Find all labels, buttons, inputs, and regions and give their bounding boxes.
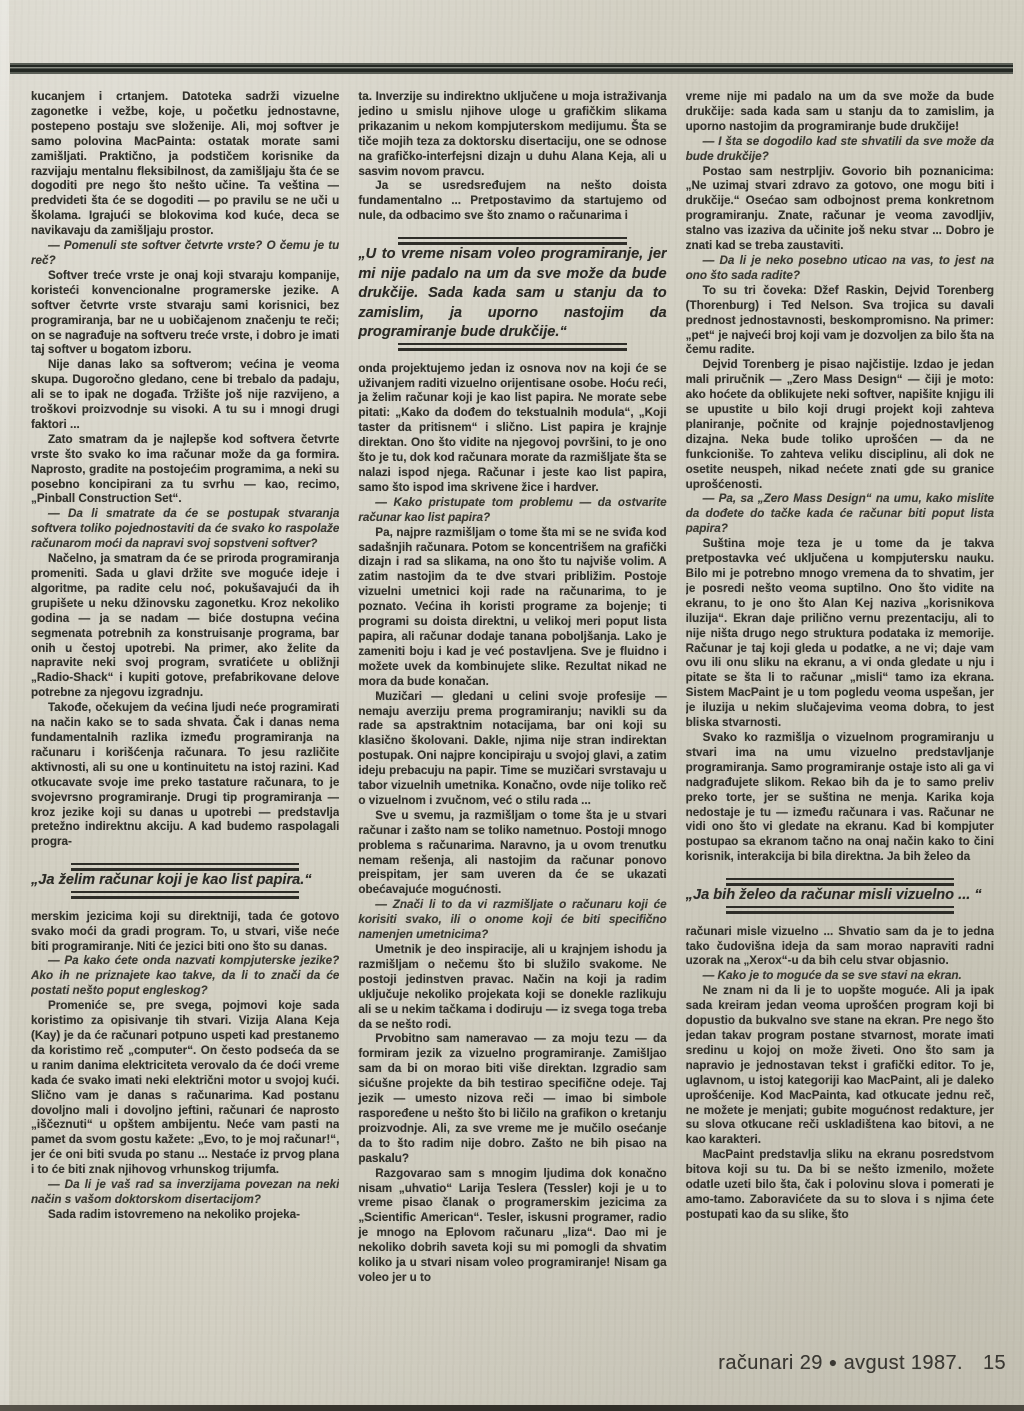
interview-question: — Pomenuli ste softver četvrte vrste? O … [31,239,339,269]
pull-quote-rule [726,878,954,886]
pull-quote: „Ja želim računar koji je kao list papir… [31,863,339,899]
issue-date: avgust 1987. [844,1352,963,1374]
body-paragraph: Pa, najpre razmišljam o tome šta mi se n… [358,526,666,690]
page-footer: računari 29●avgust 1987.15 [718,1352,1006,1375]
body-paragraph: Razgovarao sam s mnogim ljudima dok kona… [358,1167,666,1286]
pull-quote-rule [398,237,626,245]
body-paragraph: Takođe, očekujem da većina ljudi neće pr… [31,701,339,850]
body-paragraph: Postao sam nestrpljiv. Govorio bih pozna… [686,165,994,254]
body-paragraph: Načelno, ja smatram da će se priroda pro… [31,552,339,701]
article-columns: kucanjem i crtanjem. Datoteka sadrži viz… [31,90,994,1353]
article-column-middle: ta. Inverzije su indirektno uključene u … [358,90,666,1353]
pull-quote-rule [398,343,626,351]
body-paragraph: računari misle vizuelno ... Shvatio sam … [686,925,994,970]
body-paragraph: Ja se usredsređujem na nešto doista fund… [358,179,666,224]
body-paragraph: Umetnik je deo inspiracije, ali u krajnj… [358,943,666,1032]
scan-bottom-edge [0,1405,1024,1411]
body-paragraph: ta. Inverzije su indirektno uključene u … [358,90,666,179]
pull-quote-rule [726,906,954,914]
article-column-left: kucanjem i crtanjem. Datoteka sadrži viz… [31,90,339,1353]
body-paragraph: Muzičari — gledani u celini svoje profes… [358,690,666,809]
pull-quote-rule [71,891,299,899]
body-paragraph: Ne znam ni da li je to uopšte moguće. Al… [686,984,994,1148]
body-paragraph: Suština moje teza je u tome da je takva … [686,537,994,731]
body-paragraph: Sve u svemu, ja razmišljam o tome šta je… [358,809,666,898]
body-paragraph: kucanjem i crtanjem. Datoteka sadrži viz… [31,90,339,239]
interview-question: — Da li je neko posebno uticao na vas, t… [686,254,994,284]
body-paragraph: MacPaint predstavlja sliku na ekranu pos… [686,1148,994,1223]
magazine-page: kucanjem i crtanjem. Datoteka sadrži viz… [0,0,1024,1411]
pull-quote-text: „U to vreme nisam voleo programiranje, j… [358,245,666,343]
body-paragraph: Sada radim istovremeno na nekoliko proje… [31,1208,339,1223]
pull-quote: „Ja bih želeo da računar misli vizuelno … [686,878,994,914]
interview-question: — Da li smatrate da će se postupak stvar… [31,507,339,552]
pull-quote: „U to vreme nisam voleo programiranje, j… [358,237,666,351]
pull-quote-rule [71,863,299,871]
top-rule [10,63,1013,74]
interview-question: — Pa, sa „Zero Mass Design“ na umu, kako… [686,492,994,537]
page-number: 15 [983,1352,1006,1374]
body-paragraph: Dejvid Torenberg je pisao najčistije. Iz… [686,358,994,492]
magazine-title: računari 29 [718,1352,822,1374]
body-paragraph: onda projektujemo jedan iz osnova nov na… [358,362,666,496]
interview-question: — I šta se dogodilo kad ste shvatili da … [686,135,994,165]
interview-question: — Znači li to da vi razmišljate o računa… [358,898,666,943]
footer-bullet: ● [829,1354,838,1370]
body-paragraph: Svako ko razmišlja o vizuelnom programir… [686,731,994,865]
body-paragraph: To su tri čoveka: Džef Raskin, Dejvid To… [686,284,994,359]
article-column-right: vreme nije mi padalo na um da sve može d… [686,90,994,1353]
body-paragraph: Zato smatram da je najlepše kod softvera… [31,433,339,508]
body-paragraph: Prvobitno sam nameravao — za moju tezu —… [358,1032,666,1166]
body-paragraph: Softver treće vrste je onaj koji stvaraj… [31,269,339,358]
body-paragraph: Promeniće se, pre svega, pojmovi koje sa… [31,999,339,1178]
interview-question: — Da li je vaš rad sa inverzijama poveza… [31,1178,339,1208]
body-paragraph: merskim jezicima koji su direktniji, tad… [31,910,339,955]
interview-question: — Kako pristupate tom problemu — da ostv… [358,496,666,526]
pull-quote-text: „Ja želim računar koji je kao list papir… [31,871,339,891]
pull-quote-text: „Ja bih želeo da računar misli vizuelno … [686,886,994,906]
body-paragraph: vreme nije mi padalo na um da sve može d… [686,90,994,135]
interview-question: — Pa kako ćete onda nazvati kompjuterske… [31,954,339,999]
body-paragraph: Nije danas lako sa softverom; većina je … [31,358,339,433]
interview-question: — Kako je to moguće da se sve stavi na e… [686,969,994,984]
